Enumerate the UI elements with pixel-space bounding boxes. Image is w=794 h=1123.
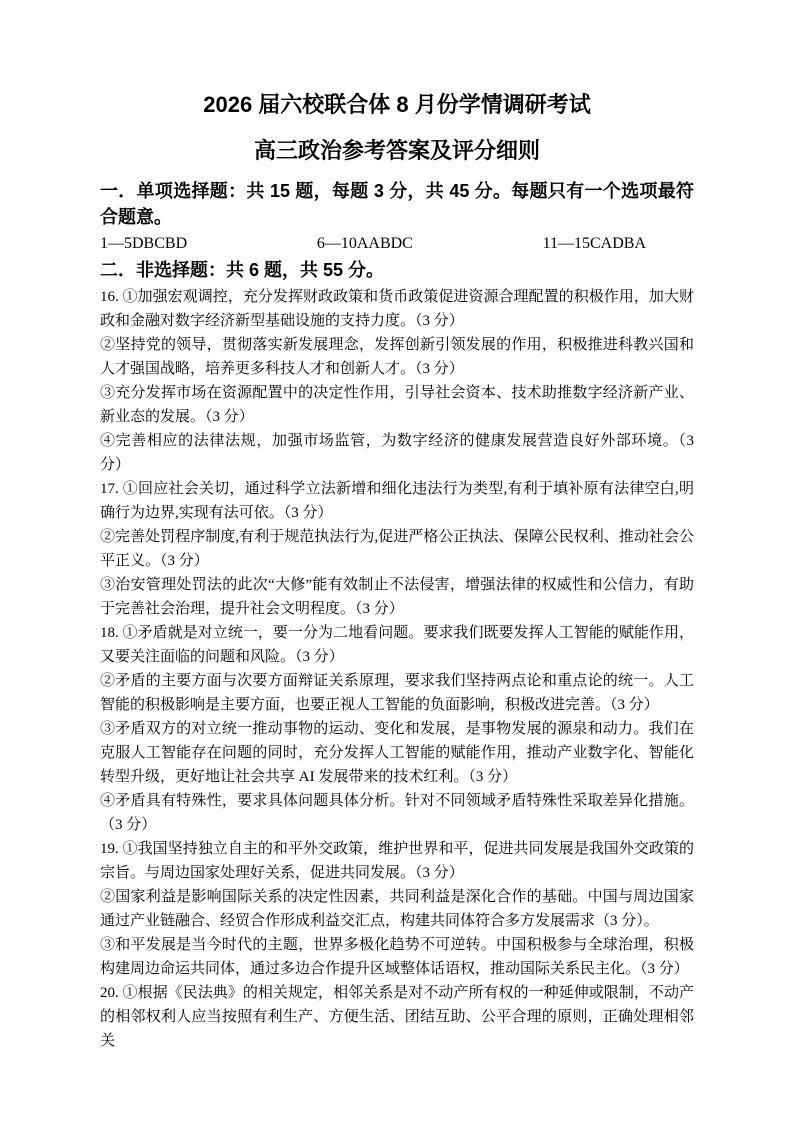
section-choice-heading: 一．单项选择题：共 15 题，每题 3 分，共 45 分。每题只有一个选项最符合… <box>100 178 694 230</box>
q20-point-1: 20. ①根据《民法典》的相关规定，相邻关系是对不动产所有权的一种延伸或限制，不… <box>100 981 694 1053</box>
q18-point-4: ④矛盾具有特殊性，要求具体问题具体分析。针对不同领域矛盾特殊性采取差异化措施。（… <box>100 789 694 837</box>
q16-point-2: ②坚持党的领导，贯彻落实新发展理念，发挥创新引领发展的作用，积极推进科教兴国和人… <box>100 333 694 381</box>
q17-point-1: 17. ①回应社会关切，通过科学立法新增和细化违法行为类型,有利于填补原有法律空… <box>100 477 694 525</box>
answers-1-5: 1—5DBCBD <box>100 231 187 256</box>
a4-document-page: 2026 届六校联合体 8 月份学情调研考试 高三政治参考答案及评分细则 一．单… <box>0 0 794 1123</box>
q19-point-3: ③和平发展是当今时代的主题，世界多极化趋势不可逆转。中国积极参与全球治理，积极构… <box>100 933 694 981</box>
q16-point-3: ③充分发挥市场在资源配置中的决定性作用，引导社会资本、技术助推数字经济新产业、新… <box>100 381 694 429</box>
answers-6-10: 6—10AABDC <box>317 231 413 256</box>
q18-point-1: 18. ①矛盾就是对立统一，要一分为二地看问题。要求我们既要发挥人工智能的赋能作… <box>100 621 694 669</box>
exam-title: 2026 届六校联合体 8 月份学情调研考试 <box>100 90 694 120</box>
section-free-response-heading: 二．非选择题：共 6 题，共 55 分。 <box>100 257 694 283</box>
q18-point-2: ②矛盾的主要方面与次要方面辩证关系原理，要求我们坚持两点论和重点论的统一。人工智… <box>100 669 694 717</box>
q17-point-2: ②完善处罚程序制度,有利于规范执法行为,促进严格公正执法、保障公民权利、推动社会… <box>100 525 694 573</box>
q16-point-1: 16. ①加强宏观调控，充分发挥财政政策和货币政策促进资源合理配置的积极作用，加… <box>100 285 694 333</box>
answers-11-15: 11—15CADBA <box>543 231 646 256</box>
q17-point-3: ③治安管理处罚法的此次“大修”能有效制止不法侵害，增强法律的权威性和公信力，有助… <box>100 573 694 621</box>
choice-answers-row: 1—5DBCBD 6—10AABDC 11—15CADBA <box>100 231 694 256</box>
free-response-answers: 16. ①加强宏观调控，充分发挥财政政策和货币政策促进资源合理配置的积极作用，加… <box>100 285 694 1053</box>
q18-point-3: ③矛盾双方的对立统一推动事物的运动、变化和发展，是事物发展的源泉和动力。我们在克… <box>100 717 694 789</box>
q19-point-2: ②国家利益是影响国际关系的决定性因素，共同利益是深化合作的基础。中国与周边国家通… <box>100 885 694 933</box>
q16-point-4: ④完善相应的法律法规，加强市场监管，为数字经济的健康发展营造良好外部环境。（3 … <box>100 429 694 477</box>
q19-point-1: 19. ①我国坚持独立自主的和平外交政策，维护世界和平，促进共同发展是我国外交政… <box>100 837 694 885</box>
answer-key-subtitle: 高三政治参考答案及评分细则 <box>100 136 694 166</box>
